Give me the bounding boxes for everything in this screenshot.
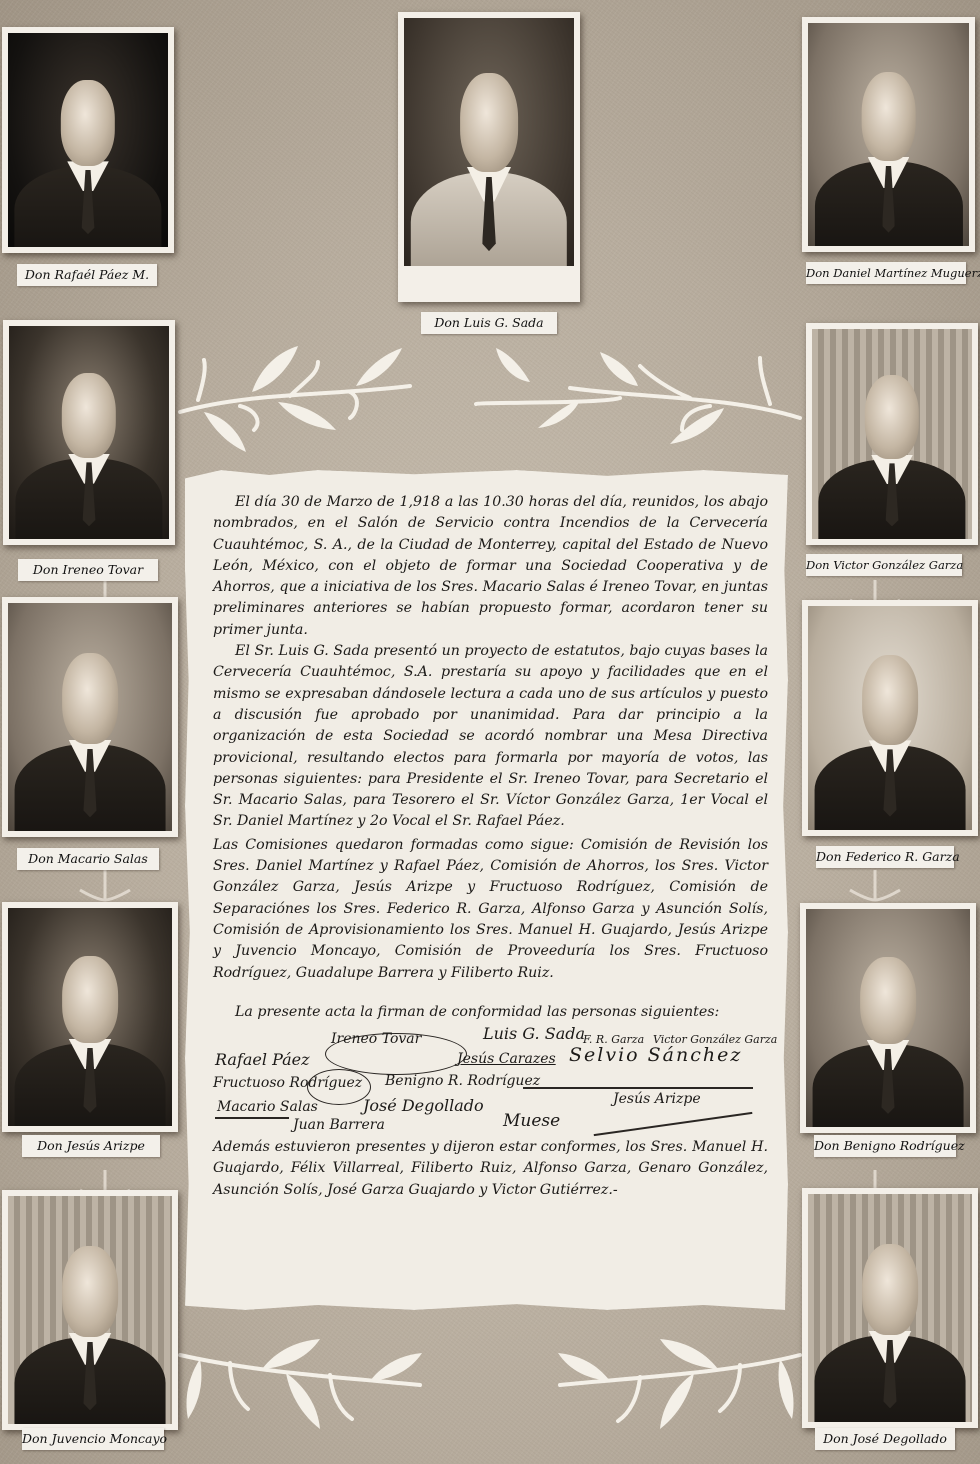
paragraph-meeting-opening: El día 30 de Marzo de 1,918 a las 10.30 … <box>213 492 768 641</box>
portrait-luis-g-sada <box>398 12 580 302</box>
laurel-vine-bottom-icon <box>170 1315 810 1445</box>
caption-daniel-martinez-muguerza: Don Daniel Martínez Muguerza <box>806 262 966 284</box>
caption-luis-g-sada: Don Luis G. Sada <box>421 312 557 334</box>
photo <box>808 1194 972 1422</box>
caption-benigno-rodriguez: Don Benigno Rodríguez <box>814 1135 956 1157</box>
caption-federico-r-garza: Don Federico R. Garza <box>816 846 954 868</box>
signature: José Degollado <box>363 1095 484 1116</box>
photo <box>812 329 972 539</box>
portrait-ireneo-tovar <box>3 320 175 545</box>
portrait-jose-degollado <box>802 1188 978 1428</box>
signature: Selvio Sánchez <box>569 1045 742 1066</box>
document-text: El día 30 de Marzo de 1,918 a las 10.30 … <box>213 492 768 1201</box>
signature-underline <box>594 1112 753 1136</box>
signature: Fructuoso Rodríguez <box>213 1073 362 1094</box>
photo <box>8 908 172 1126</box>
caption-macario-salas: Don Macario Salas <box>17 848 159 870</box>
photo <box>8 603 172 831</box>
caption-juvencio-moncayo: Don Juvencio Moncayo <box>22 1428 164 1450</box>
portrait-rafael-paez <box>2 27 174 253</box>
portrait-victor-gonzalez-garza <box>806 323 978 545</box>
signature: Jesús Carazes <box>457 1049 556 1070</box>
signature: Muese <box>503 1111 560 1132</box>
portrait-benigno-rodriguez <box>800 903 976 1133</box>
portrait-macario-salas <box>2 597 178 837</box>
photo <box>8 1196 172 1424</box>
signature: Jesús Arizpe <box>613 1089 701 1110</box>
paragraph-also-present: Además estuvieron presentes y dijeron es… <box>213 1137 768 1201</box>
portrait-federico-r-garza <box>802 600 978 836</box>
signature: Juan Barrera <box>293 1115 385 1136</box>
signature: Ireneo Tovar <box>331 1029 421 1050</box>
laurel-vine-top-icon <box>170 340 810 460</box>
signature: Rafael Páez <box>215 1049 310 1070</box>
signature: Luis G. Sada <box>483 1023 585 1044</box>
signatures-block: Ireneo Tovar Luis G. Sada F. R. Garza Vi… <box>213 1027 768 1135</box>
portrait-daniel-martinez-muguerza <box>802 17 975 252</box>
handwritten-minutes-document: El día 30 de Marzo de 1,918 a las 10.30 … <box>185 470 788 1310</box>
paragraph-statutes: El Sr. Luis G. Sada presentó un proyecto… <box>213 641 768 833</box>
photo <box>8 33 168 247</box>
photo <box>808 606 972 830</box>
caption-jesus-arizpe: Don Jesús Arizpe <box>22 1135 160 1157</box>
portrait-jesus-arizpe <box>2 902 178 1132</box>
photo <box>404 18 574 266</box>
paragraph-commissions: Las Comisiones quedaron formadas como si… <box>213 835 768 984</box>
caption-rafael-paez: Don Rafaél Páez M. <box>17 264 157 286</box>
signature-underline <box>523 1087 753 1089</box>
photo <box>9 326 169 539</box>
photo <box>806 909 970 1127</box>
signature-underline <box>215 1117 289 1119</box>
caption-victor-gonzalez-garza: Don Victor González Garza <box>806 554 962 576</box>
signature: Benigno R. Rodríguez <box>385 1071 540 1092</box>
caption-ireneo-tovar: Don Ireneo Tovar <box>18 559 158 581</box>
portrait-juvencio-moncayo <box>2 1190 178 1430</box>
paragraph-signatures-intro: La presente acta la firman de conformida… <box>213 1002 768 1023</box>
photo <box>808 23 969 246</box>
caption-jose-degollado: Don José Degollado <box>815 1428 955 1450</box>
